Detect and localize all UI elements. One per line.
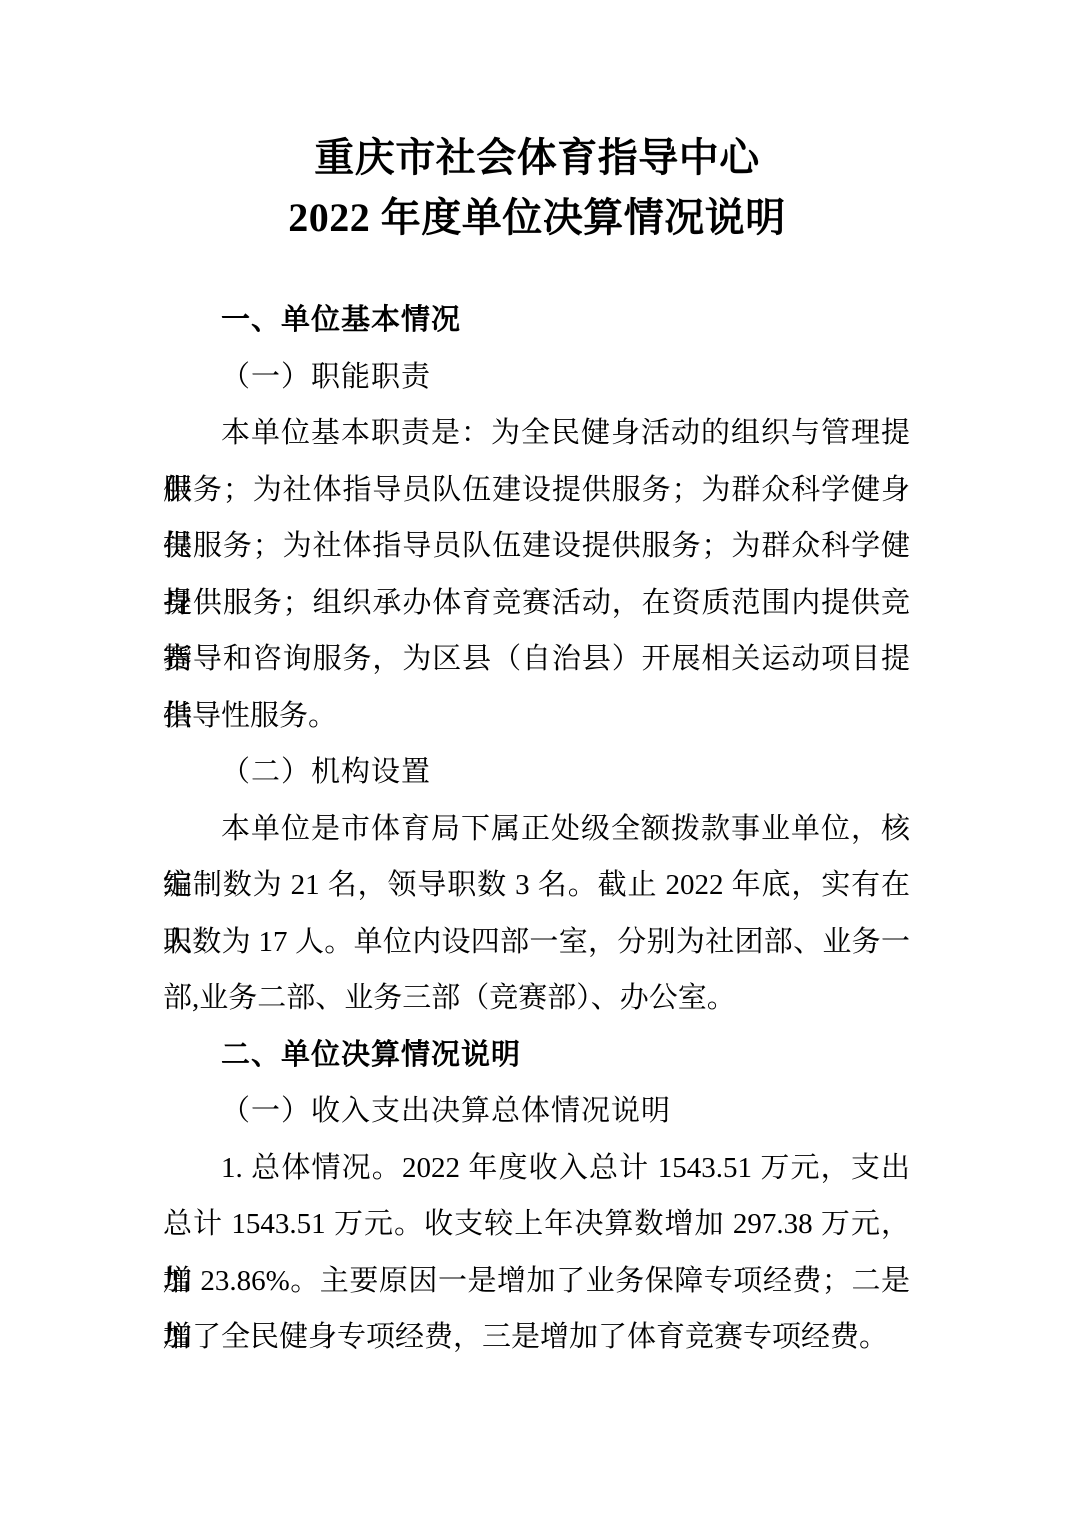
- title-line-1: 重庆市社会体育指导中心: [0, 128, 1074, 188]
- section-1-heading: 一、单位基本情况: [163, 292, 910, 349]
- section-1-1-heading: （一）职能职责: [163, 349, 910, 406]
- title-line-2: 2022 年度单位决算情况说明: [0, 188, 1074, 248]
- section-1-2-heading: （二）机构设置: [163, 744, 910, 801]
- paragraph-line: 服务；为社体指导员队伍建设提供服务；为群众科学健身提: [163, 462, 910, 519]
- paragraph-line: 指导和咨询服务，为区县（自治县）开展相关运动项目提供: [163, 631, 910, 688]
- paragraph-line: 总计 1543.51 万元。收支较上年决算数增加 297.38 万元，增: [163, 1196, 910, 1253]
- paragraph-line: 本单位是市体育局下属正处级全额拨款事业单位，核定: [163, 801, 910, 858]
- paragraph-line: 加了全民健身专项经费，三是增加了体育竞赛专项经费。: [163, 1309, 910, 1366]
- section-2-heading: 二、单位决算情况说明: [163, 1027, 910, 1084]
- section-2-1-heading: （一）收入支出决算总体情况说明: [163, 1083, 910, 1140]
- document-body: 一、单位基本情况 （一）职能职责 本单位基本职责是：为全民健身活动的组织与管理提…: [163, 292, 910, 1366]
- document-page: 重庆市社会体育指导中心 2022 年度单位决算情况说明 一、单位基本情况 （一）…: [0, 0, 1074, 1520]
- paragraph-line: 本单位基本职责是：为全民健身活动的组织与管理提供: [163, 405, 910, 462]
- paragraph-line: 1. 总体情况。2022 年度收入总计 1543.51 万元，支出: [163, 1140, 910, 1197]
- paragraph-line: 人数为 17 人。单位内设四部一室，分别为社团部、业务一: [163, 914, 910, 971]
- paragraph-line: 提供服务；组织承办体育竞赛活动，在资质范围内提供竞赛: [163, 575, 910, 632]
- document-title: 重庆市社会体育指导中心 2022 年度单位决算情况说明: [0, 128, 1074, 248]
- paragraph-line: 指导性服务。: [163, 688, 910, 745]
- paragraph-line: 供服务；为社体指导员队伍建设提供服务；为群众科学健身: [163, 518, 910, 575]
- paragraph-line: 编制数为 21 名，领导职数 3 名。截止 2022 年底，实有在职: [163, 857, 910, 914]
- paragraph-line: 加 23.86%。主要原因一是增加了业务保障专项经费；二是增: [163, 1253, 910, 1310]
- paragraph-line: 部,业务二部、业务三部（竞赛部）、办公室。: [163, 970, 910, 1027]
